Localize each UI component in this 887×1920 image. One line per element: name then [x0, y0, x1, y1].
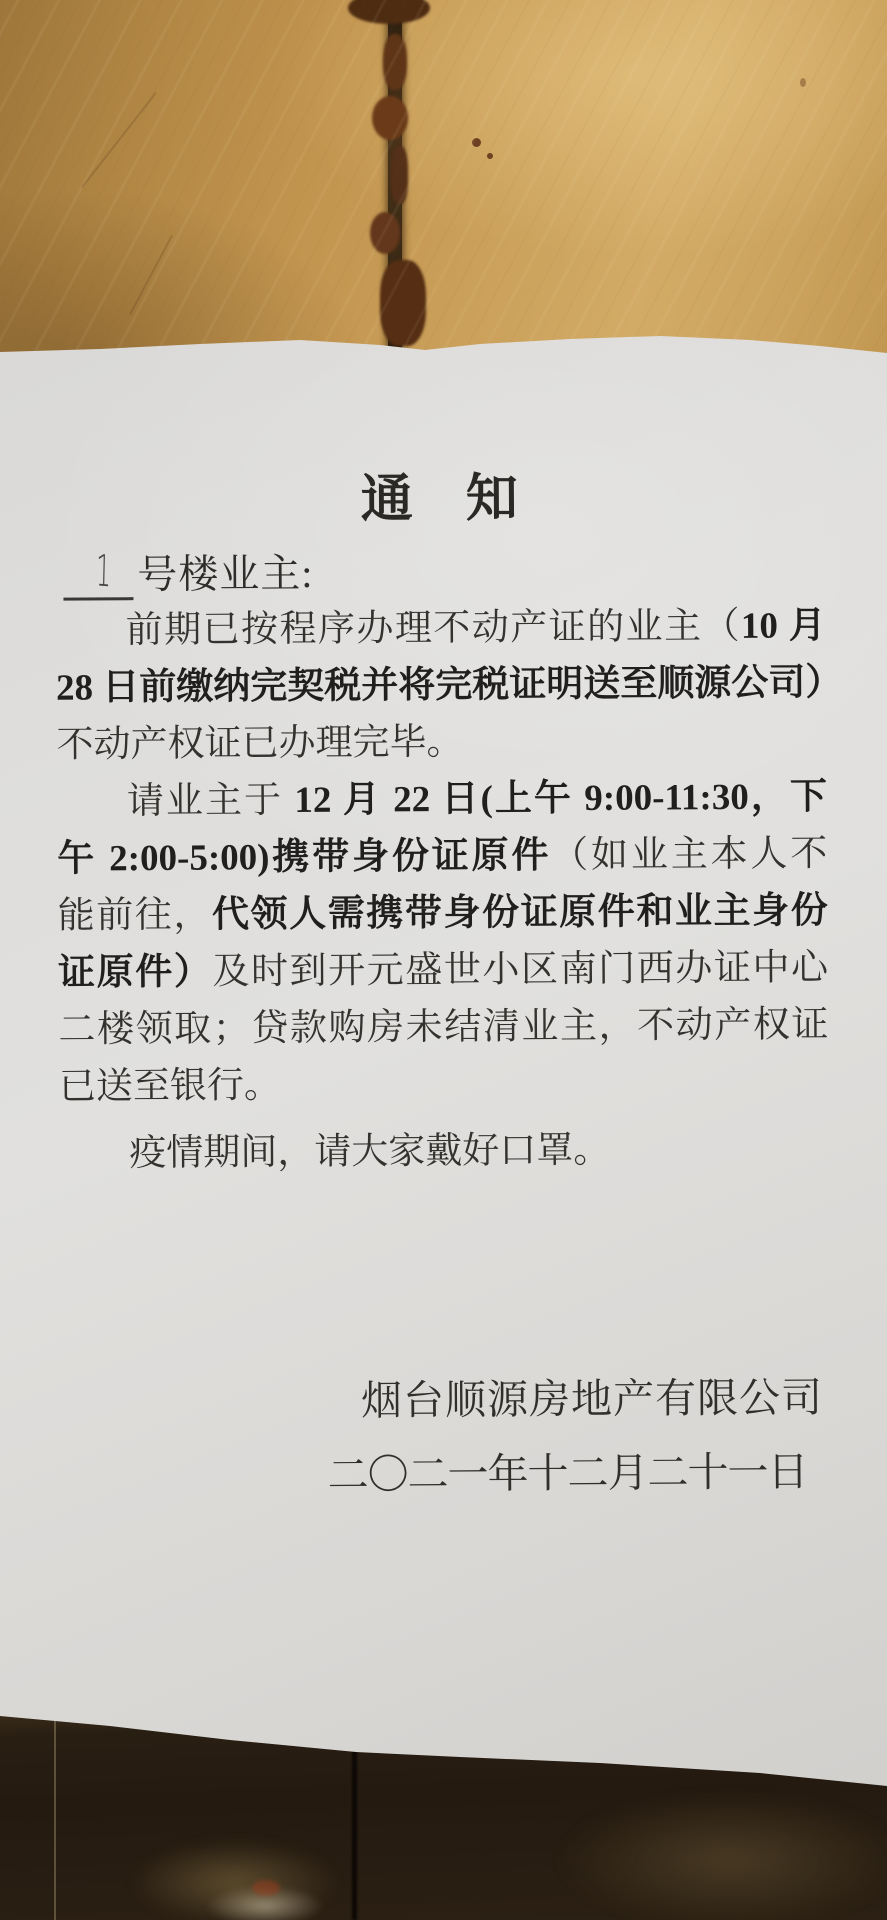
notice-text-bold: 28 日前缴纳完契税并将完税证明送至顺源公司）	[56, 662, 843, 708]
notice-text: 已送至银行。	[59, 1065, 281, 1108]
handwritten-building-number: 1	[95, 546, 111, 598]
notice-line: 证原件）及时到开元盛世小区南门西办证中心	[58, 939, 828, 1001]
rust-stain	[348, 0, 430, 24]
door-seam-lower	[352, 1748, 357, 1920]
rust-stain	[372, 96, 408, 140]
door-smudge	[252, 1880, 280, 1896]
notice-line: 请业主于 12 月 22 日(上午 9:00-11:30，下	[57, 768, 827, 830]
notice-text-bold: 证原件）	[58, 952, 213, 994]
notice-body: 前期已按程序办理不动产证的业主（10 月28 日前缴纳完契税并将完税证明送至顺源…	[55, 597, 829, 1182]
notice-line: 午 2:00-5:00)携带身份证原件（如业主本人不	[57, 825, 827, 887]
issuer-company: 烟台顺源房地产有限公司	[361, 1364, 823, 1426]
notice-text-bold: 午 2:00-5:00)携带身份证原件	[57, 835, 551, 879]
rust-stain	[370, 212, 400, 254]
scratch-mark	[81, 92, 156, 188]
notice-line: 不动产权证已办理完毕。	[56, 711, 826, 773]
notice-salutation: 1号楼业主:	[63, 542, 313, 596]
rust-stain	[391, 146, 408, 204]
notice-line: 二楼领取；贷款购房未结清业主，不动产权证	[58, 996, 828, 1058]
notice-text: （如业主本人不	[551, 833, 827, 876]
door-smudge	[560, 1795, 887, 1920]
notice-text-bold: 10 月	[741, 605, 826, 647]
notice-text-bold: 12 月 22 日(上午 9:00-11:30，下	[294, 776, 827, 821]
rust-speck	[487, 153, 493, 159]
handwritten-blank-underline: 1	[63, 553, 133, 600]
notice-text: 及时到开元盛世小区南门西办证中心	[212, 947, 828, 992]
door-panel-line	[54, 1718, 56, 1920]
scratch-mark	[129, 235, 173, 315]
notice-text-bold: 代领人需携带身份证原件和业主身份	[212, 890, 828, 935]
rust-speck	[800, 78, 806, 87]
issue-date: 二〇二一年十二月二十一日	[327, 1438, 807, 1500]
notice-text: 前期已按程序办理不动产证的业主（	[126, 606, 742, 651]
notice-text: 能前往，	[58, 895, 213, 937]
door-seam	[388, 0, 402, 360]
notice-title: 通 知	[0, 453, 884, 534]
notice-text: 疫情期间，请大家戴好口罩。	[129, 1130, 610, 1174]
notice-line: 前期已按程序办理不动产证的业主（10 月	[55, 597, 825, 659]
notice-text: 二楼领取；贷款购房未结清业主，不动产权证	[58, 1004, 828, 1050]
notice-line: 能前往，代领人需携带身份证原件和业主身份	[57, 882, 827, 944]
rust-stain	[380, 260, 426, 346]
salutation-label: 号楼业主:	[137, 551, 313, 597]
notice-text: 不动产权证已办理完毕。	[56, 722, 463, 766]
rust-speck	[472, 138, 481, 147]
notice-line: 已送至银行。	[59, 1053, 829, 1115]
rust-stain	[383, 34, 407, 90]
notice-line: 28 日前缴纳完契税并将完税证明送至顺源公司）	[56, 654, 826, 716]
notice-line: 疫情期间，请大家戴好口罩。	[59, 1120, 829, 1182]
notice-text: 请业主于	[127, 780, 295, 822]
photo-of-notice-on-door: 通 知 1号楼业主: 前期已按程序办理不动产证的业主（10 月28 日前缴纳完契…	[0, 0, 887, 1920]
